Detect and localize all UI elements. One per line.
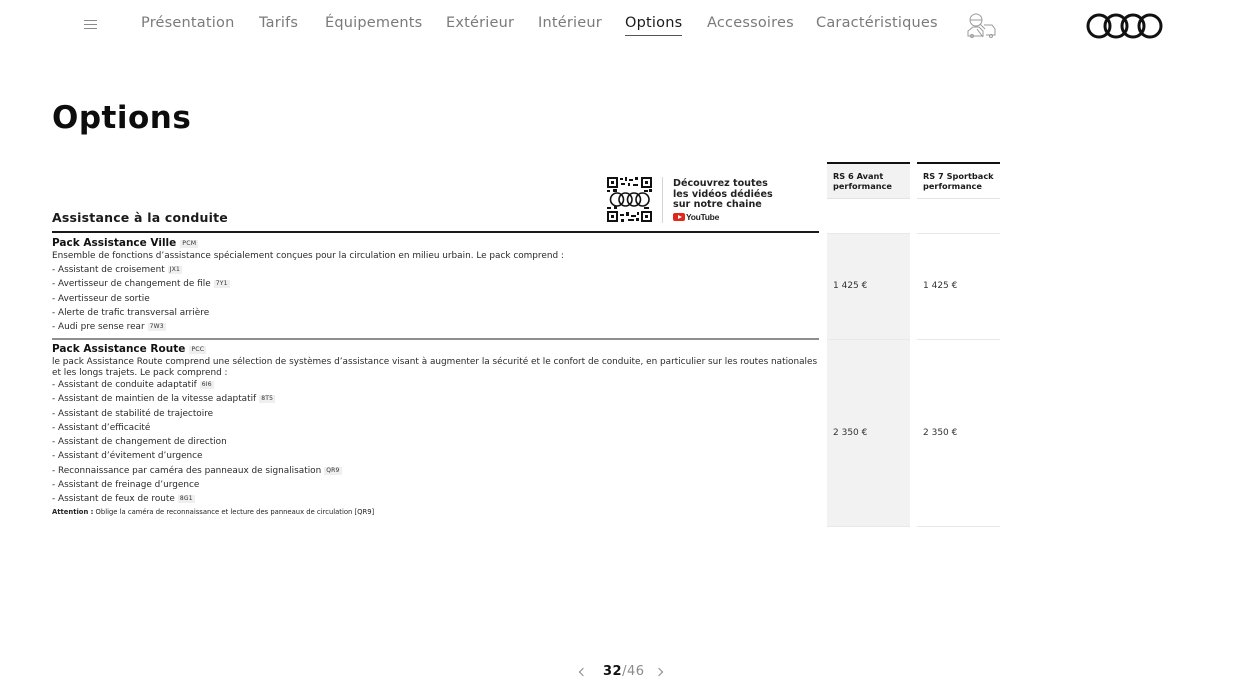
option-description: le pack Assistance Route comprend une sé… [52, 357, 819, 378]
list-item: - Audi pre sense rear7W3 [52, 320, 819, 334]
model-header-rs7: RS 7 Sportback performance [917, 162, 1000, 199]
youtube-icon [673, 213, 685, 222]
pagination: 32/46 [574, 664, 674, 682]
price-cell-rs7: 1 425 € [917, 233, 1000, 339]
total-pages: 46 [627, 664, 645, 679]
chevron-right-icon[interactable] [656, 667, 664, 677]
row-divider [52, 338, 819, 340]
section-title: Assistance à la conduite [52, 210, 228, 225]
option-title: Pack Assistance VillePCM [52, 236, 819, 250]
car-configurator-icon[interactable] [964, 11, 998, 41]
list-item: - Assistant de conduite adaptatif6I6 [52, 378, 819, 392]
option-description: Ensemble de fonctions d’assistance spéci… [52, 251, 819, 262]
list-item: - Assistant de feux de route8G1 [52, 492, 819, 506]
top-navigation: Présentation Tarifs Équipements Extérieu… [0, 0, 1244, 50]
page-title: Options [52, 100, 191, 136]
list-item: - Assistant d’efficacité [52, 421, 819, 435]
feature-code: 7Y1 [214, 280, 230, 288]
option-feature-list: - Assistant de conduite adaptatif6I6 - A… [52, 378, 819, 507]
feature-code: 8G1 [178, 495, 195, 503]
feature-code: 7W3 [148, 323, 166, 331]
audi-four-rings-logo[interactable] [1086, 12, 1164, 40]
feature-code: JX1 [168, 266, 182, 274]
option-row: Pack Assistance VillePCM Ensemble de fon… [52, 236, 819, 334]
list-item: - Assistant de changement de direction [52, 435, 819, 449]
list-item: - Avertisseur de sortie [52, 292, 819, 306]
option-title-text: Pack Assistance Route [52, 343, 185, 355]
model-header-rs6: RS 6 Avant performance [827, 162, 910, 199]
qr-code-icon[interactable] [606, 176, 653, 223]
nav-item-accessoires[interactable]: Accessoires [707, 15, 794, 31]
list-item: - Alerte de trafic transversal arrière [52, 306, 819, 320]
nav-item-options[interactable]: Options [625, 15, 682, 31]
feature-code: 8T5 [259, 395, 275, 403]
list-item: - Assistant de croisementJX1 [52, 263, 819, 277]
promo-divider [662, 177, 663, 223]
current-page: 32 [603, 664, 622, 679]
list-item: - Assistant de freinage d’urgence [52, 478, 819, 492]
feature-code: 6I6 [200, 381, 214, 389]
option-title: Pack Assistance RoutePCC [52, 342, 819, 356]
nav-item-exterieur[interactable]: Extérieur [446, 15, 514, 31]
option-title-text: Pack Assistance Ville [52, 237, 176, 249]
nav-item-caracteristiques[interactable]: Caractéristiques [816, 15, 938, 31]
attention-note: Attention : Oblige la caméra de reconnai… [52, 507, 819, 517]
list-item: - Assistant d’évitement d’urgence [52, 449, 819, 463]
price-cell-rs7: 2 350 € [917, 339, 1000, 527]
nav-item-presentation[interactable]: Présentation [141, 15, 234, 31]
nav-item-interieur[interactable]: Intérieur [538, 15, 602, 31]
option-row: Pack Assistance RoutePCC le pack Assista… [52, 342, 819, 517]
option-code: PCM [180, 240, 198, 248]
promo-text: Découvrez toutes les vidéos dédiées sur … [673, 179, 783, 211]
list-item: - Assistant de maintien de la vitesse ad… [52, 392, 819, 406]
price-cell-rs6: 1 425 € [827, 233, 910, 339]
youtube-label: YouTube [686, 212, 719, 222]
youtube-link[interactable]: YouTube [673, 212, 719, 222]
list-item: - Assistant de stabilité de trajectoire [52, 407, 819, 421]
hamburger-menu-icon[interactable] [84, 20, 97, 30]
nav-item-tarifs[interactable]: Tarifs [259, 15, 298, 31]
option-code: PCC [189, 346, 206, 354]
feature-code: QR9 [324, 467, 341, 475]
list-item: - Reconnaissance par caméra des panneaux… [52, 464, 819, 478]
chevron-left-icon[interactable] [578, 667, 586, 677]
section-divider [52, 231, 819, 233]
nav-item-equipements[interactable]: Équipements [325, 15, 422, 31]
price-cell-rs6: 2 350 € [827, 339, 910, 527]
page-indicator: 32/46 [603, 664, 645, 679]
option-feature-list: - Assistant de croisementJX1 - Avertisse… [52, 263, 819, 334]
list-item: - Avertisseur de changement de file7Y1 [52, 277, 819, 291]
